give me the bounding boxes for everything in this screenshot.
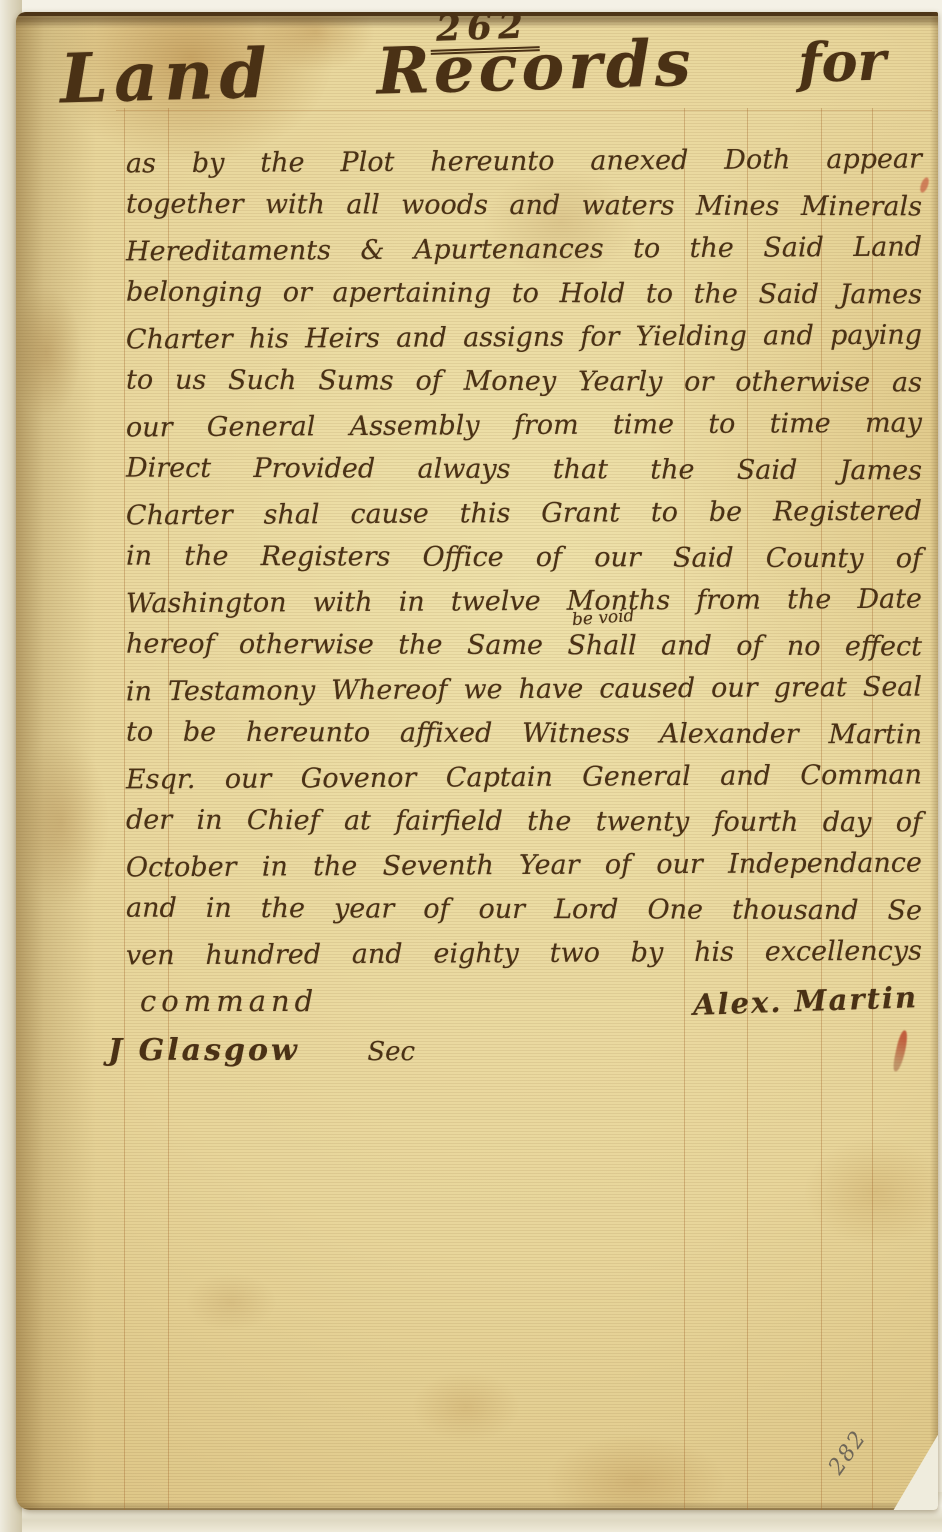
record-line: Charter his Heirs and assigns for Yieldi… bbox=[126, 316, 922, 365]
record-line: der in Chief at fairfield the twenty fou… bbox=[126, 801, 922, 848]
record-line: Charter shal cause this Grant to be Regi… bbox=[126, 492, 922, 541]
gutter-shadow bbox=[16, 12, 106, 1510]
record-line: Hereditaments & Apurtenances to the Said… bbox=[126, 228, 922, 277]
record-line: Direct Provided always that the Said Jam… bbox=[126, 449, 922, 496]
scanned-document: 262 Land Records for as by the Plot here… bbox=[0, 0, 942, 1532]
record-line: in Testamony Whereof we have caused our … bbox=[126, 668, 922, 717]
record-line: together with all woods and waters Mines… bbox=[126, 185, 922, 232]
record-line: to us Such Sums of Money Yearly or other… bbox=[126, 361, 922, 408]
page-bottom-edge bbox=[16, 1502, 938, 1510]
record-line: Esqr. our Govenor Captain General and Co… bbox=[126, 756, 922, 805]
record-line: our General Assembly from time to time m… bbox=[126, 404, 922, 453]
ledger-page: 262 Land Records for as by the Plot here… bbox=[16, 12, 938, 1510]
governor-signature: Alex. Martin bbox=[692, 974, 919, 1030]
record-body: as by the Plot hereunto anexed Doth appe… bbox=[126, 142, 922, 1078]
record-line: October in the Seventh Year of our Indep… bbox=[126, 844, 922, 893]
secretary-title: Sec bbox=[367, 1037, 415, 1067]
record-line: ven hundred and eighty two by his excell… bbox=[126, 932, 922, 981]
secretary-row: J Glasgow Sec bbox=[126, 1026, 922, 1078]
secretary-signature: J Glasgow bbox=[108, 1033, 300, 1068]
closing-row: command Alex. Martin bbox=[126, 978, 922, 1026]
header-word-for: for bbox=[797, 28, 886, 94]
record-line: in the Registers Office of our Said Coun… bbox=[126, 537, 922, 584]
page-right-edge bbox=[930, 12, 938, 1510]
record-line: belonging or apertaining to Hold to the … bbox=[126, 273, 922, 320]
record-line: as by the Plot hereunto anexed Doth appe… bbox=[126, 140, 922, 189]
header-word-land: Land bbox=[59, 34, 274, 120]
margin-rule-line bbox=[124, 108, 125, 1510]
record-line: to be hereunto affixed Witness Alexander… bbox=[126, 713, 922, 760]
command-word: command bbox=[140, 978, 318, 1026]
record-line: hereof otherwise the Same Shall and of n… bbox=[126, 625, 922, 672]
record-line: Washington with in twelve Months from th… bbox=[126, 580, 922, 629]
record-line: and in the year of our Lord One thousand… bbox=[126, 889, 922, 936]
header-word-records: Records bbox=[376, 26, 696, 110]
